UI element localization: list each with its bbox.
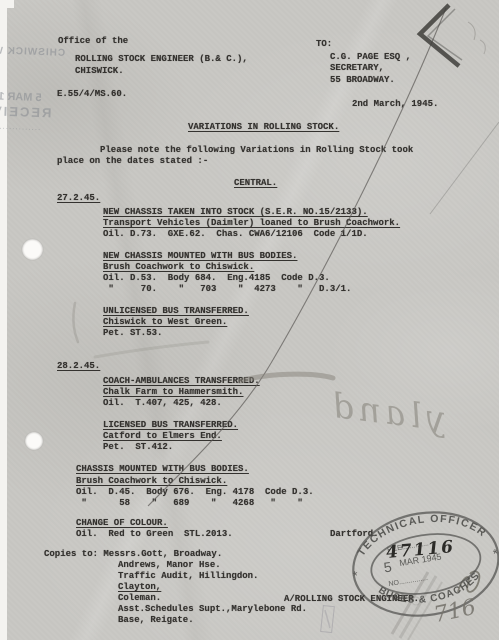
stock-detail-row: Oil. D.45. Body 676. Eng. 4178 Code D.3. — [76, 487, 314, 497]
faint-stamp-fragment — [325, 610, 330, 628]
stock-detail-row: Pet. ST.53. — [103, 328, 162, 338]
section-route-chassis-into-stock: Transport Vehicles (Daimler) loaned to B… — [103, 218, 400, 228]
recipient-role: SECRETARY, — [330, 63, 384, 73]
recipient-label: TO: — [316, 39, 332, 49]
section-heading-chassis-into-stock: NEW CHASSIS TAKEN INTO STOCK (S.E.R. NO.… — [103, 207, 368, 217]
stock-detail-row: Oil. Red to Green STL.2013. — [76, 529, 233, 539]
stock-detail-row-ditto: " 70. " 703 " 4273 " D.3/1. — [103, 284, 351, 294]
sender-location-line: CHISWICK. — [75, 66, 124, 76]
stock-detail-row: Oil. D.73. GXE.62. Chas. CWA6/12106 Code… — [103, 229, 368, 239]
faint-stamp-fragment — [321, 606, 335, 633]
corner-fold-mark — [420, 5, 459, 66]
stamp-number-label: NO............... — [388, 575, 428, 588]
region-heading: CENTRAL. — [234, 178, 277, 188]
stock-detail-row: Pet. ST.412. — [103, 442, 173, 452]
punch-hole — [22, 239, 43, 260]
section-route-licensed-transfer: Catford to Elmers End. — [103, 431, 222, 441]
copies-to-line: Andrews, Manor Hse. — [118, 560, 221, 570]
pencil-stroke — [73, 303, 78, 342]
document-title: VARIATIONS IN ROLLING STOCK. — [188, 122, 339, 132]
section-heading-chassis-mounted-2: CHASSIS MOUNTED WITH BUS BODIES. — [76, 464, 249, 474]
entry-date-2: 28.2.45. — [57, 361, 100, 371]
section-heading-coach-ambulances: COACH-AMBULANCES TRANSFERRED. — [103, 376, 260, 386]
copies-to-line: Clayton, — [118, 582, 161, 592]
section-heading-licensed-transfer: LICENSED BUS TRANSFERRED. — [103, 420, 238, 430]
faint-stamp-fragment — [480, 40, 485, 54]
sender-title-line: ROLLING STOCK ENGINEER (B.& C.), — [75, 54, 248, 64]
document-reference: E.55/4/MS.60. — [57, 89, 127, 99]
section-heading-colour-change: CHANGE OF COLOUR. — [76, 518, 168, 528]
intro-line-2: place on the dates stated :- — [57, 156, 208, 166]
copies-to-line: Copies to: Messrs.Gott, Broadway. — [44, 549, 222, 559]
section-route-unlicensed-transfer: Chiswick to West Green. — [103, 317, 227, 327]
stamp-star-left: * — [352, 568, 359, 584]
received-stamp-dotted-line: ................... — [0, 119, 85, 133]
sender-office-line: Office of the — [58, 36, 128, 46]
section-route-coach-ambulances: Chalk Farm to Hammersmith. — [103, 387, 243, 397]
entry-date-1: 27.2.45. — [57, 193, 100, 203]
faint-stamp-fragment — [468, 22, 475, 40]
diagonal-pencil-line — [430, 122, 499, 214]
section-heading-chassis-mounted-1: NEW CHASSIS MOUNTED WITH BUS BODIES. — [103, 251, 297, 261]
pencil-scrawl-mirrored: yland — [284, 380, 448, 439]
section-route-chassis-mounted-1: Brush Coachwork to Chiswick. — [103, 262, 254, 272]
recipient-address: 55 BROADWAY. — [330, 75, 395, 85]
copies-to-line: Coleman. — [118, 593, 161, 603]
scanned-letter-page: CHISWICK WORKS 5 MAR 1945 RECEIVED .....… — [0, 0, 499, 640]
pencil-stroke — [95, 342, 208, 357]
recipient-name: C.G. PAGE ESQ , — [330, 52, 411, 62]
punch-hole — [25, 432, 43, 450]
letter-date: 2nd March, 1945. — [352, 99, 438, 109]
copies-to-line: Traffic Audit, Hillingdon. — [118, 571, 258, 581]
copies-to-line: Base, Reigate. — [118, 615, 194, 625]
stock-detail-row: Oil. D.53. Body 684. Eng.4185 Code D.3. — [103, 273, 330, 283]
scan-edge-corner — [0, 0, 14, 8]
copies-to-line: Asst.Schedules Supt.,Marylebone Rd. — [118, 604, 307, 614]
corner-fold-echo — [428, 9, 462, 60]
stock-detail-row-ditto: " 58 " 689 " 4268 " " — [76, 498, 303, 508]
intro-line-1: Please note the following Variations in … — [100, 145, 413, 155]
section-heading-unlicensed-transfer: UNLICENSED BUS TRANSFERRED. — [103, 306, 249, 316]
section-route-chassis-mounted-2: Brush Coachwork to Chiswick. — [76, 476, 227, 486]
stock-detail-row: Oil. T.407, 425, 428. — [103, 398, 222, 408]
